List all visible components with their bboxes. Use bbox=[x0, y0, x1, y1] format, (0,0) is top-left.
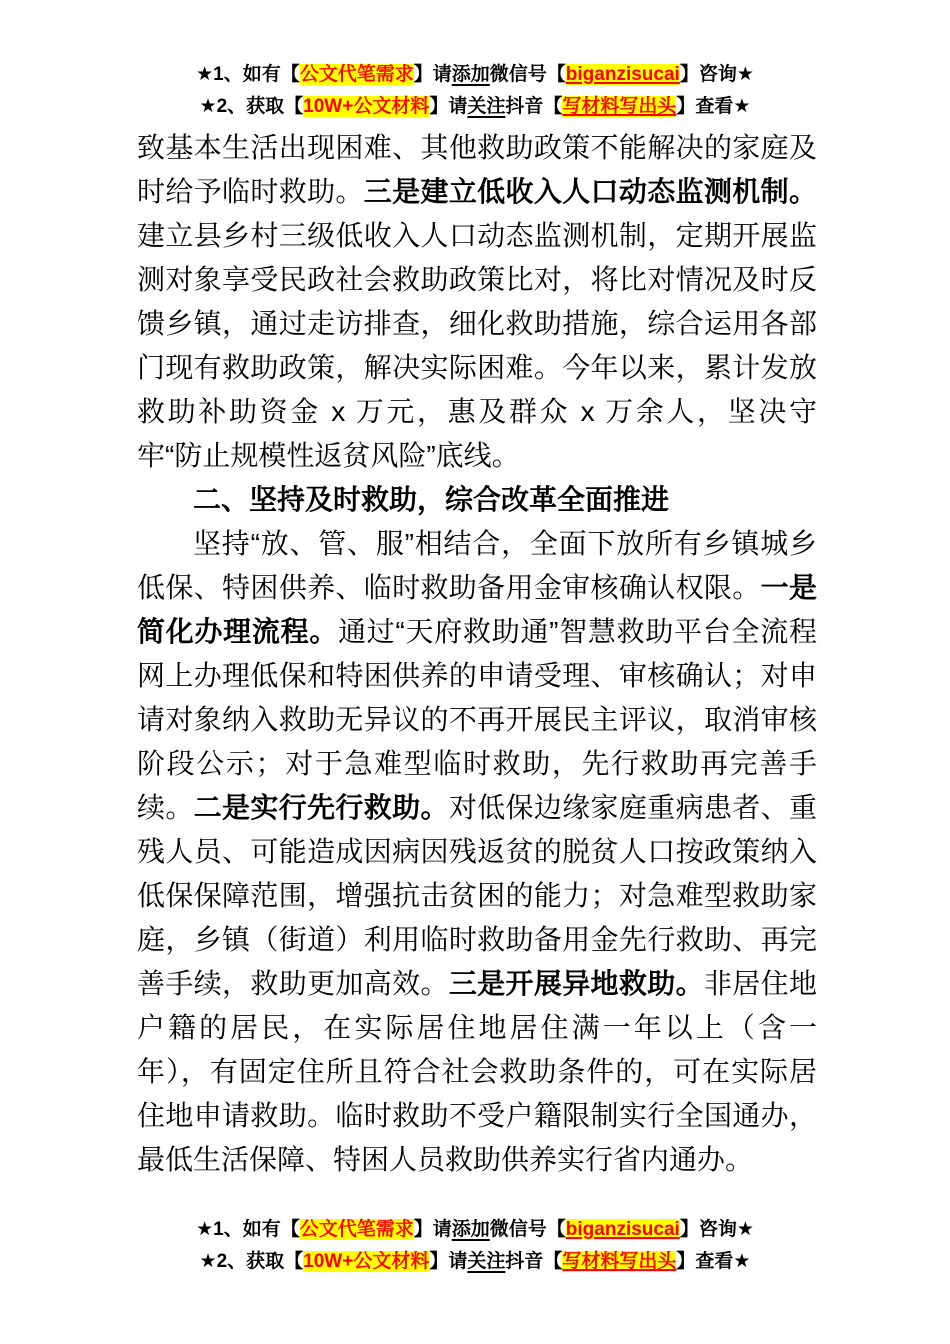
promo-banner-top-line-2: ★2、获取【10W+公文材料】请关注抖音【写材料写出头】查看★ bbox=[0, 91, 950, 123]
text-segment: 关注 bbox=[467, 1251, 505, 1272]
section-heading: 二、坚持及时救助，综合改革全面推进 bbox=[137, 478, 817, 522]
text-segment: 建立县乡村三级低收入人口动态监测机制，定期开展监测对象享受民政社会救助政策比对，… bbox=[137, 220, 817, 471]
text-segment: 微信号【 bbox=[490, 64, 566, 85]
document-page: ★1、如有【公文代笔需求】请添加微信号【biganzisucai】咨询★ ★2、… bbox=[0, 0, 950, 1344]
text-segment: 关注 bbox=[467, 96, 505, 117]
text-segment: 】查看★ bbox=[676, 1251, 750, 1272]
text-segment: 写材料写出头 bbox=[562, 96, 676, 117]
text-segment: 添加 bbox=[452, 64, 490, 85]
text-segment: 二、坚持及时救助，综合改革全面推进 bbox=[193, 484, 669, 515]
text-segment: 公文代笔需求 bbox=[300, 1219, 414, 1240]
text-segment: 10W+公文材料 bbox=[303, 1251, 429, 1272]
text-segment: 】咨询★ bbox=[680, 64, 754, 85]
text-segment: 非居住地户籍的居民，在实际居住地居住满一年以上（含一年），有固定住所且符合社会救… bbox=[137, 968, 817, 1175]
text-segment: 三是建立低收入人口动态监测机制。 bbox=[364, 176, 817, 207]
text-segment: 添加 bbox=[452, 1219, 490, 1240]
promo-banner-top: ★1、如有【公文代笔需求】请添加微信号【biganzisucai】咨询★ ★2、… bbox=[0, 0, 950, 123]
paragraph-continuation: 致基本生活出现困难、其他救助政策不能解决的家庭及时给予临时救助。三是建立低收入人… bbox=[137, 126, 817, 478]
paragraph: 坚持“放、管、服”相结合，全面下放所有乡镇城乡低保、特困供养、临时救助备用金审核… bbox=[137, 522, 817, 1182]
text-segment: ★1、如有【 bbox=[196, 1219, 300, 1240]
text-segment: 】请 bbox=[414, 1219, 452, 1240]
text-segment: biganzisucai bbox=[566, 64, 680, 85]
document-body: 致基本生活出现困难、其他救助政策不能解决的家庭及时给予临时救助。三是建立低收入人… bbox=[137, 126, 817, 1182]
text-segment: ★1、如有【 bbox=[196, 64, 300, 85]
text-segment: biganzisucai bbox=[566, 1219, 680, 1240]
text-segment: ★2、获取【 bbox=[200, 96, 304, 117]
text-segment: 写材料写出头 bbox=[562, 1251, 676, 1272]
text-segment: ★2、获取【 bbox=[200, 1251, 304, 1272]
text-segment: 二是实行先行救助。 bbox=[194, 792, 449, 823]
text-segment: 】查看★ bbox=[676, 96, 750, 117]
text-segment: 】请 bbox=[429, 96, 467, 117]
text-segment: 三是开展异地救助。 bbox=[449, 968, 704, 999]
text-segment: 抖音【 bbox=[505, 96, 562, 117]
text-segment: 】请 bbox=[414, 64, 452, 85]
promo-banner-bottom-line-1: ★1、如有【公文代笔需求】请添加微信号【biganzisucai】咨询★ bbox=[0, 1214, 950, 1246]
text-segment: 微信号【 bbox=[490, 1219, 566, 1240]
promo-banner-top-line-1: ★1、如有【公文代笔需求】请添加微信号【biganzisucai】咨询★ bbox=[0, 59, 950, 91]
text-segment: 公文代笔需求 bbox=[300, 64, 414, 85]
text-segment: 10W+公文材料 bbox=[303, 96, 429, 117]
text-segment: 坚持“放、管、服”相结合，全面下放所有乡镇城乡低保、特困供养、临时救助备用金审核… bbox=[137, 528, 817, 603]
text-segment: 】咨询★ bbox=[680, 1219, 754, 1240]
promo-banner-bottom-line-2: ★2、获取【10W+公文材料】请关注抖音【写材料写出头】查看★ bbox=[0, 1246, 950, 1278]
text-segment: 】请 bbox=[429, 1251, 467, 1272]
text-segment: 抖音【 bbox=[505, 1251, 562, 1272]
promo-banner-bottom: ★1、如有【公文代笔需求】请添加微信号【biganzisucai】咨询★ ★2、… bbox=[0, 1214, 950, 1278]
